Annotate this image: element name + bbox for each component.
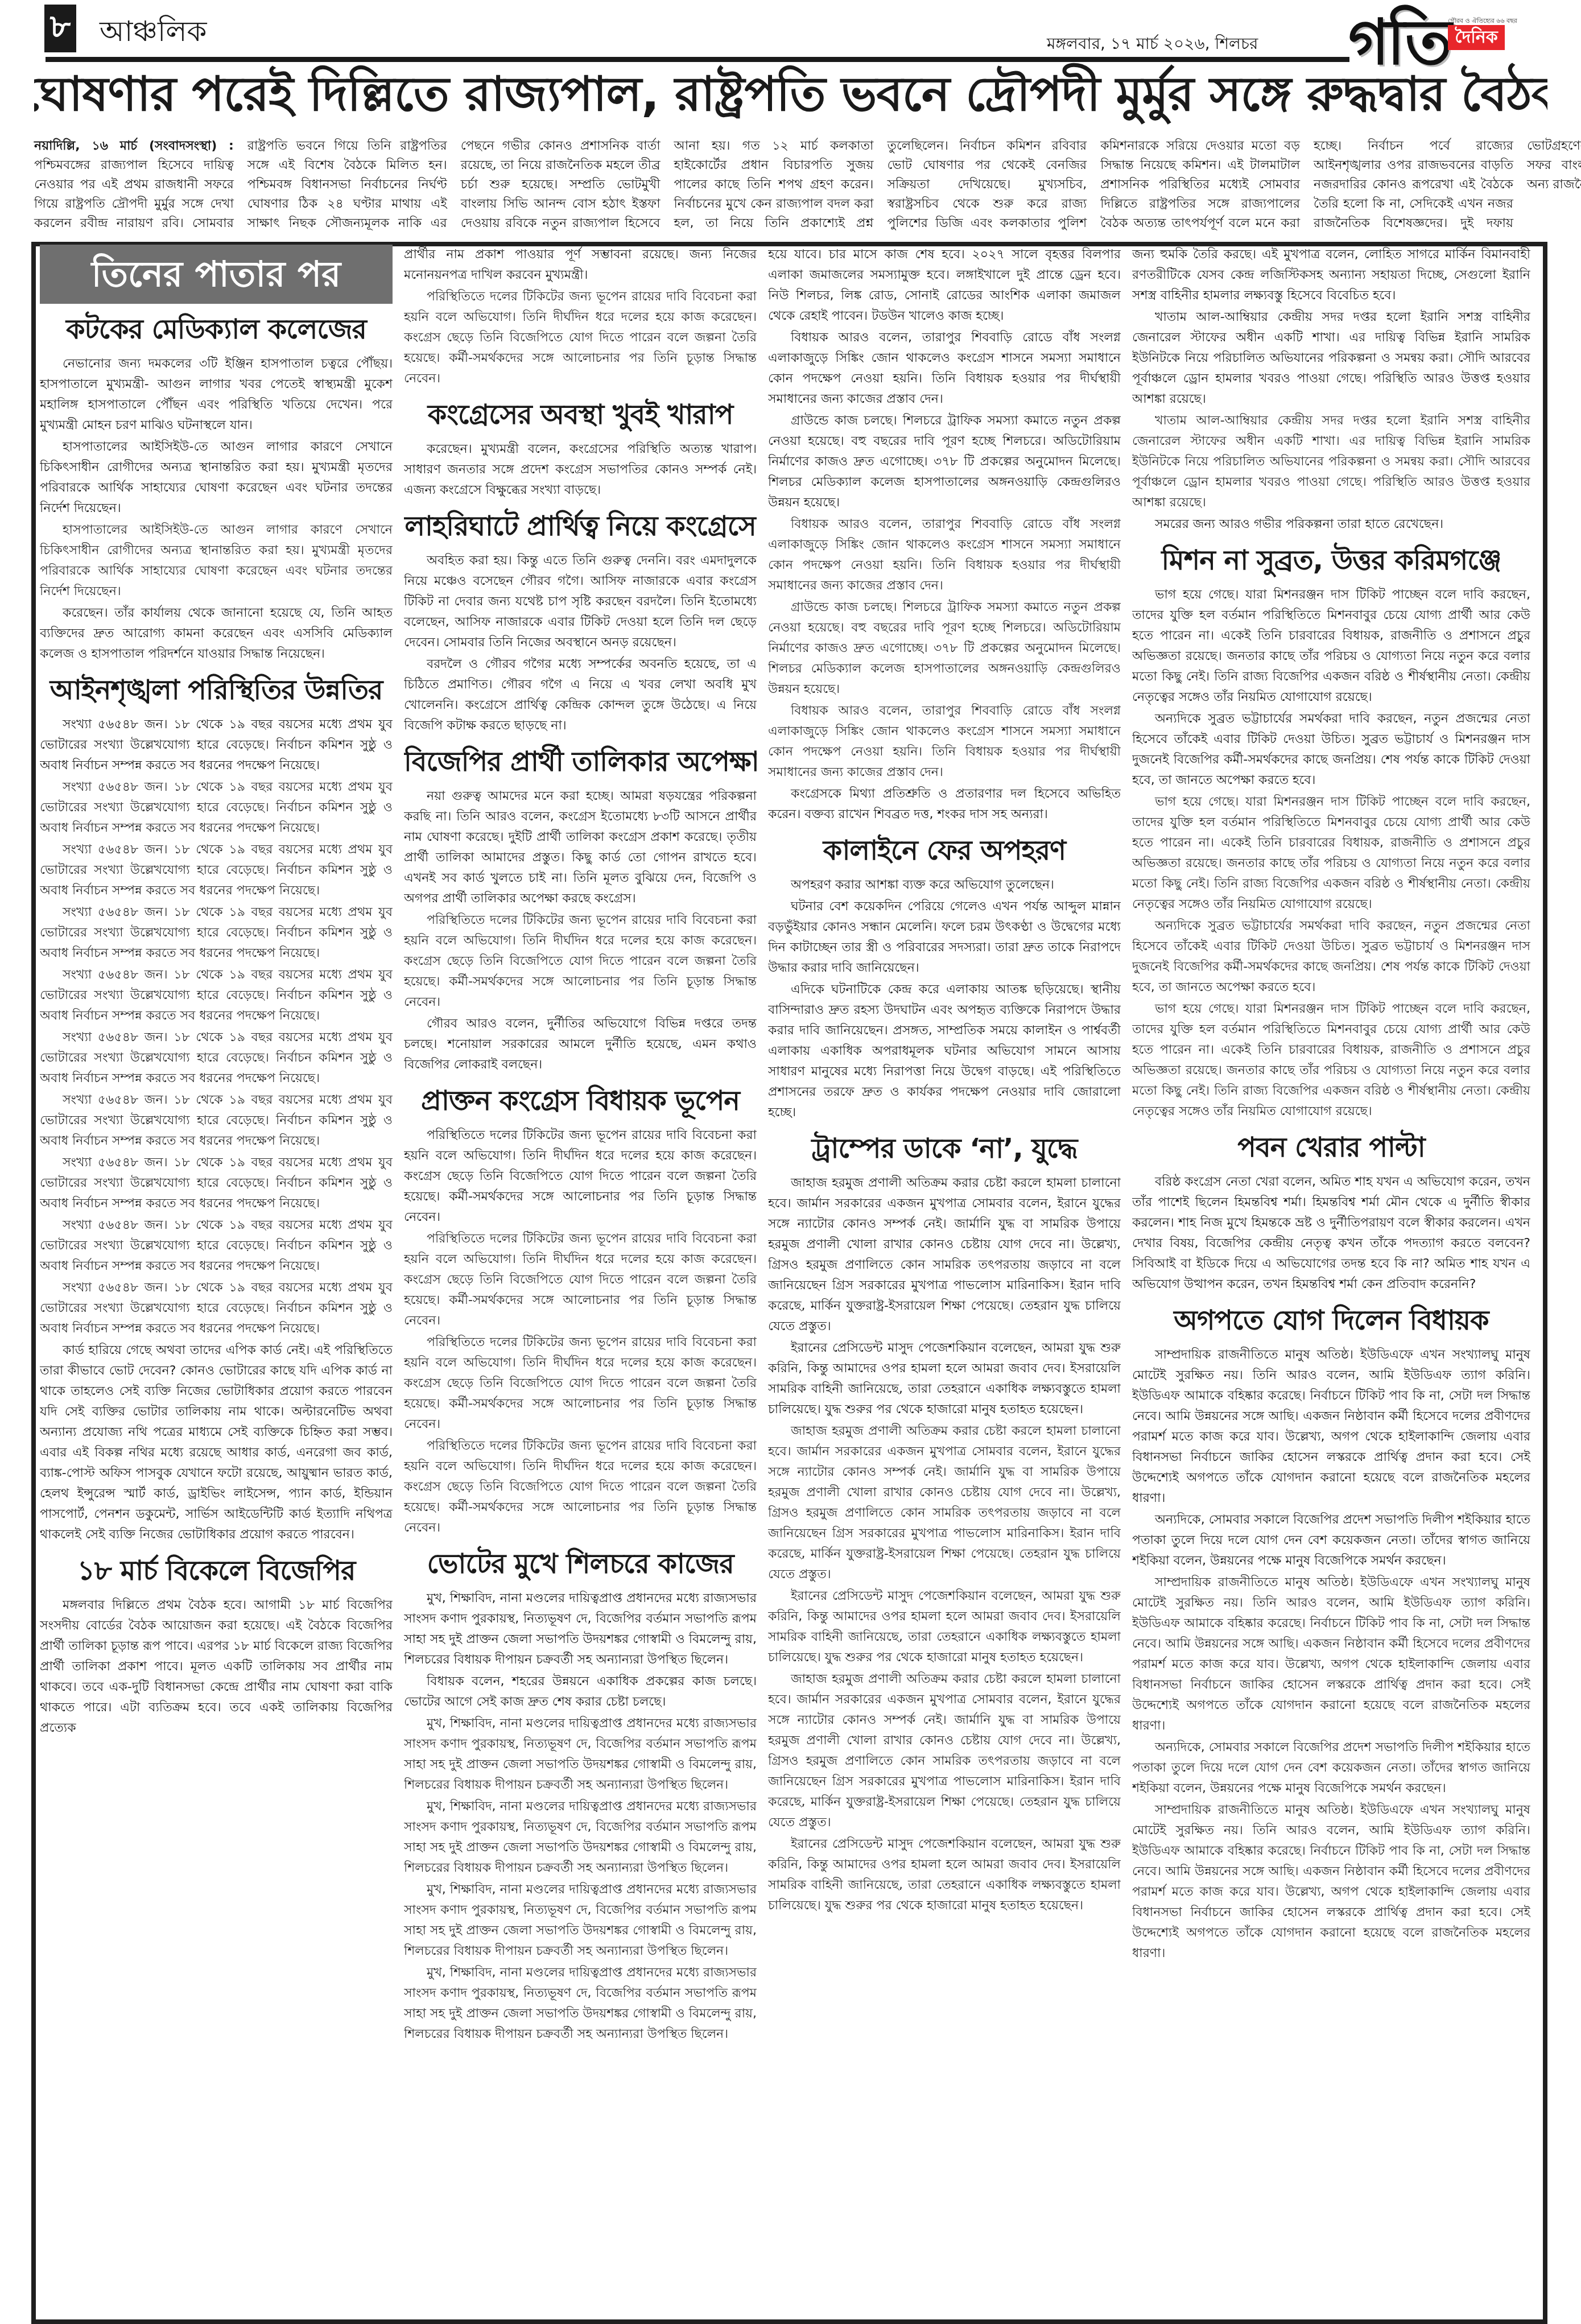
date-place: মঙ্গলবার, ১৭ মার্চ ২০২৬, শিলচর — [1047, 31, 1258, 58]
story-paragraph: পরিস্থিতিতে দলের টিকিটের জন্য ভূপেন রায়… — [404, 287, 757, 389]
story-paragraph: অন্যদিকে সুব্রত ভট্টাচার্যের সমর্থকরা দা… — [1132, 916, 1530, 998]
story-headline-cuttack: কটকের মেডিক্যাল কলেজের — [40, 311, 393, 348]
logo-badge: দৈনিক — [1448, 25, 1505, 50]
story-paragraph: গৌরব আরও বলেন, দুর্নীতির অভিযোগে বিভিন্ন… — [404, 1014, 757, 1075]
story-paragraph: নয়া গুরুত্ব আমদের মনে করা হচ্ছে। আমরা ষ… — [404, 786, 757, 909]
story-paragraph: পরিস্থিতিতে দলের টিকিটের জন্য ভূপেন রায়… — [404, 1332, 757, 1435]
story-paragraph: সংখ্যা ৫৬৫৪৮ জন। ১৮ থেকে ১৯ বছর বয়সের ম… — [40, 1153, 393, 1214]
story-headline-mission: মিশন না সুব্রত, উত্তর করিমগঞ্জে — [1132, 542, 1530, 579]
story-headline-pawan-khera: পবন খেরার পাল্টা — [1132, 1129, 1530, 1166]
story-paragraph: বিধায়ক বলেন, শহরের উন্নয়নে একাধিক প্রক… — [404, 1671, 757, 1712]
story-paragraph: মুখ, শিক্ষাবিদ, নানা মণ্ডলের দায়িত্বপ্র… — [404, 1588, 757, 1670]
story-headline-congress-condition: কংগ্রেসের অবস্থা খুবই খারাপ — [404, 396, 757, 434]
story-paragraph: বরদলৈ ও গৌরব গগৈর মধ্যে সম্পর্কের অবনতি … — [404, 654, 757, 736]
story-headline-agp-mla: অগপতে যোগ দিলেন বিধায়ক — [1132, 1302, 1530, 1339]
continued-from-page-3-banner: তিনের পাতার পর — [40, 245, 393, 304]
story-paragraph: জাহাজ হরমুজ প্রণালী অতিক্রম করার চেষ্টা … — [768, 1421, 1121, 1585]
story-paragraph: অন্যদিকে, সোমবার সকালে বিজেপির প্রদেশ সভ… — [1132, 1510, 1530, 1571]
story-paragraph: জাহাজ হরমুজ প্রণালী অতিক্রম করার চেষ্টা … — [768, 1173, 1121, 1337]
story-headline-bjp-list: বিজেপির প্রার্থী তালিকার অপেক্ষায় — [404, 743, 757, 781]
story-paragraph: সংখ্যা ৫৬৫৪৮ জন। ১৮ থেকে ১৯ বছর বয়সের ম… — [40, 902, 393, 964]
column-1: তিনের পাতার পর কটকের মেডিক্যাল কলেজের নে… — [40, 245, 393, 2315]
story-paragraph: অবহিত করা হয়। কিন্তু এতে তিনি গুরুত্ব দ… — [404, 551, 757, 653]
story-paragraph: ভাগ হয়ে গেছে। যারা মিশনরঞ্জন দাস টিকিট … — [1132, 585, 1530, 708]
story-paragraph: সংখ্যা ৫৬৫৪৮ জন। ১৮ থেকে ১৯ বছর বয়সের ম… — [40, 840, 393, 901]
lead-dateline: নয়াদিল্লি, ১৬ মার্চ (সংবাদসংস্থা) : — [34, 139, 234, 153]
story-paragraph: সংখ্যা ৫৬৫৪৮ জন। ১৮ থেকে ১৯ বছর বয়সের ম… — [40, 1090, 393, 1151]
story-paragraph: ইরানের প্রেসিডেন্ট মাসুদ পেজেশকিয়ান বলে… — [768, 1586, 1121, 1668]
story-paragraph: সাম্প্রদায়িক রাজনীতিতে মানুষ অতিষ্ঠ। ইউ… — [1132, 1345, 1530, 1509]
story-paragraph: করেছেন। তাঁর কার্যালয় থেকে জানানো হয়েছ… — [40, 603, 393, 664]
story-paragraph: সাম্প্রদায়িক রাজনীতিতে মানুষ অতিষ্ঠ। ইউ… — [1132, 1572, 1530, 1736]
story-paragraph: মুখ, শিক্ষাবিদ, নানা মণ্ডলের দায়িত্বপ্র… — [404, 1797, 757, 1879]
story-paragraph: বিধায়ক আরও বলেন, তারাপুর শিববাড়ি রোডে … — [768, 514, 1121, 596]
story-intro: সমরের জন্য আরও গভীর পরিকল্পনা তারা হাতে … — [1132, 514, 1530, 535]
story-paragraph: পরিস্থিতিতে দলের টিকিটের জন্য ভূপেন রায়… — [404, 910, 757, 1013]
story-paragraph: বরিষ্ঠ কংগ্রেস নেতা খেরা বলেন, অমিত শাহ … — [1132, 1172, 1530, 1295]
story-paragraph: খাতাম আল-আম্বিয়ার কেন্দ্রীয় সদর দপ্তর … — [1132, 307, 1530, 410]
story-headline-trump: ট্রাম্পের ডাকে ‘না’, যুদ্ধে — [768, 1130, 1121, 1167]
story-paragraph: গ্রাউন্ডে কাজ চলছে। শিলচরে ট্রাফিক সমস্য… — [768, 411, 1121, 513]
story-paragraph: হাসপাতালের আইসিইউ-তে আগুন লাগার কারণে সে… — [40, 437, 393, 519]
story-paragraph: সংখ্যা ৫৬৫৪৮ জন। ১৮ থেকে ১৯ বছর বয়সের ম… — [40, 1027, 393, 1089]
story-paragraph: পরিস্থিতিতে দলের টিকিটের জন্য ভূপেন রায়… — [404, 1125, 757, 1228]
story-paragraph: গ্রাউন্ডে কাজ চলছে। শিলচরে ট্রাফিক সমস্য… — [768, 597, 1121, 700]
story-paragraph: পরিস্থিতিতে দলের টিকিটের জন্য ভূপেন রায়… — [404, 1436, 757, 1538]
story-paragraph: জন্য হুমকি তৈরি করছে। এই মুখপাত্র বলেন, … — [1132, 245, 1530, 306]
story-paragraph: অপহরণ করার আশঙ্কা ব্যক্ত করে অভিযোগ তুলে… — [768, 875, 1121, 895]
column-4: জন্য হুমকি তৈরি করছে। এই মুখপাত্র বলেন, … — [1132, 245, 1530, 2315]
story-headline-law-order: আইনশৃঙ্খলা পরিস্থিতির উন্নতির — [40, 671, 393, 709]
story-paragraph: ইরানের প্রেসিডেন্ট মাসুদ পেজেশকিয়ান বলে… — [768, 1338, 1121, 1420]
story-paragraph: পরিস্থিতিতে দলের টিকিটের জন্য ভূপেন রায়… — [404, 1229, 757, 1331]
story-paragraph: হয়ে যাবে। চার মাসে কাজ শেষ হবে। ২০২৭ সা… — [768, 245, 1121, 327]
story-paragraph: এদিকে ঘটনাটিকে কেন্দ্র করে এলাকায় আতঙ্ক… — [768, 980, 1121, 1123]
story-paragraph: মুখ, শিক্ষাবিদ, নানা মণ্ডলের দায়িত্বপ্র… — [404, 1714, 757, 1795]
story-paragraph: ভাগ হয়ে গেছে। যারা মিশনরঞ্জন দাস টিকিট … — [1132, 999, 1530, 1122]
section-name: আঞ্চলিক — [100, 10, 207, 57]
story-paragraph: সংখ্যা ৫৬৫৪৮ জন। ১৮ থেকে ১৯ বছর বয়সের ম… — [40, 777, 393, 839]
story-paragraph: খাতাম আল-আম্বিয়ার কেন্দ্রীয় সদর দপ্তর … — [1132, 411, 1530, 513]
story-headline-kalain: কালাইনে ফের অপহরণ — [768, 832, 1121, 869]
story-paragraph: কার্ড হারিয়ে গেছে অথবা তাদের এপিক কার্ড… — [40, 1340, 393, 1545]
story-paragraph: সংখ্যা ৫৬৫৪৮ জন। ১৮ থেকে ১৯ বছর বয়সের ম… — [40, 1278, 393, 1339]
story-paragraph: সাম্প্রদায়িক রাজনীতিতে মানুষ অতিষ্ঠ। ইউ… — [1132, 1800, 1530, 1964]
story-paragraph: হাসপাতালের আইসিইউ-তে আগুন লাগার কারণে সে… — [40, 520, 393, 602]
story-paragraph: অন্যদিকে সুব্রত ভট্টাচার্যের সমর্থকরা দা… — [1132, 709, 1530, 791]
lead-story-body: নয়াদিল্লি, ১৬ মার্চ (সংবাদসংস্থা) : পশ্… — [34, 137, 1513, 233]
story-paragraph: মুখ, শিক্ষাবিদ, নানা মণ্ডলের দায়িত্বপ্র… — [404, 1880, 757, 1962]
story-paragraph: সংখ্যা ৫৬৫৪৮ জন। ১৮ থেকে ১৯ বছর বয়সের ম… — [40, 715, 393, 776]
story-paragraph: মুখ, শিক্ষাবিদ, নানা মণ্ডলের দায়িত্বপ্র… — [404, 1963, 757, 2045]
masthead: ৮ আঞ্চলিক মঙ্গলবার, ১৭ মার্চ ২০২৬, শিলচর — [40, 0, 1542, 65]
story-paragraph: বিধায়ক আরও বলেন, তারাপুর শিববাড়ি রোডে … — [768, 328, 1121, 410]
masthead-rule — [46, 57, 1349, 62]
story-paragraph: ইরানের প্রেসিডেন্ট মাসুদ পেজেশকিয়ান বলে… — [768, 1834, 1121, 1916]
lead-headline: ভোট ঘোষণার পরেই দিল্লিতে রাজ্যপাল, রাষ্ট… — [34, 63, 1547, 131]
story-paragraph: জাহাজ হরমুজ প্রণালী অতিক্রম করার চেষ্টা … — [768, 1669, 1121, 1833]
story-paragraph: মঙ্গলবার দিল্লিতে প্রথম বৈঠক হবে। আগামী … — [40, 1595, 393, 1739]
lead-text: পশ্চিমবঙ্গের রাজ্যপাল হিসেবে দায়িত্ব নে… — [34, 139, 1581, 230]
story-paragraph: সংখ্যা ৫৬৫৪৮ জন। ১৮ থেকে ১৯ বছর বয়সের ম… — [40, 1215, 393, 1277]
story-headline-bjp-18-march: ১৮ মার্চ বিকেলে বিজেপির — [40, 1552, 393, 1590]
story-paragraph: সংখ্যা ৫৬৫৪৮ জন। ১৮ থেকে ১৯ বছর বয়সের ম… — [40, 965, 393, 1026]
column-3: হয়ে যাবে। চার মাসে কাজ শেষ হবে। ২০২৭ সা… — [768, 245, 1121, 2315]
column-2: প্রার্থীর নাম প্রকাশ পাওয়ার পূর্ণ সম্ভা… — [404, 245, 757, 2315]
story-intro: কংগ্রেসকে মিথ্যা প্রতিশ্রুতি ও প্রতারণার… — [768, 784, 1121, 825]
story-paragraph: ঘটনার বেশ কয়েকদিন পেরিয়ে গেলেও এখন পর্… — [768, 897, 1121, 979]
story-headline-lahorighat: লাহরিঘাটে প্রার্থিত্ব নিয়ে কংগ্রেসে — [404, 507, 757, 545]
story-paragraph: বিধায়ক আরও বলেন, তারাপুর শিববাড়ি রোডে … — [768, 701, 1121, 783]
page-number: ৮ — [44, 5, 76, 52]
story-paragraph: ভাগ হয়ে গেছে। যারা মিশনরঞ্জন দাস টিকিট … — [1132, 792, 1530, 915]
story-headline-bhupen: প্রাক্তন কংগ্রেস বিধায়ক ভূপেন — [404, 1082, 757, 1120]
story-intro: প্রার্থীর নাম প্রকাশ পাওয়ার পূর্ণ সম্ভা… — [404, 245, 757, 286]
newspaper-logo: গতি গৌরব ও ঐতিহ্যের ৬৬ বছর দৈনিক — [1348, 0, 1519, 63]
story-headline-silchar-work: ভোটের মুখে শিলচরে কাজের — [404, 1545, 757, 1583]
story-paragraph: করেছেন। মুখ্যমন্ত্রী বলেন, কংগ্রেসের পরি… — [404, 439, 757, 501]
story-paragraph: অন্যদিকে, সোমবার সকালে বিজেপির প্রদেশ সভ… — [1132, 1737, 1530, 1799]
story-paragraph: নেভানোর জন্য দমকলের ৩টি ইঞ্জিন হাসপাতাল … — [40, 354, 393, 436]
